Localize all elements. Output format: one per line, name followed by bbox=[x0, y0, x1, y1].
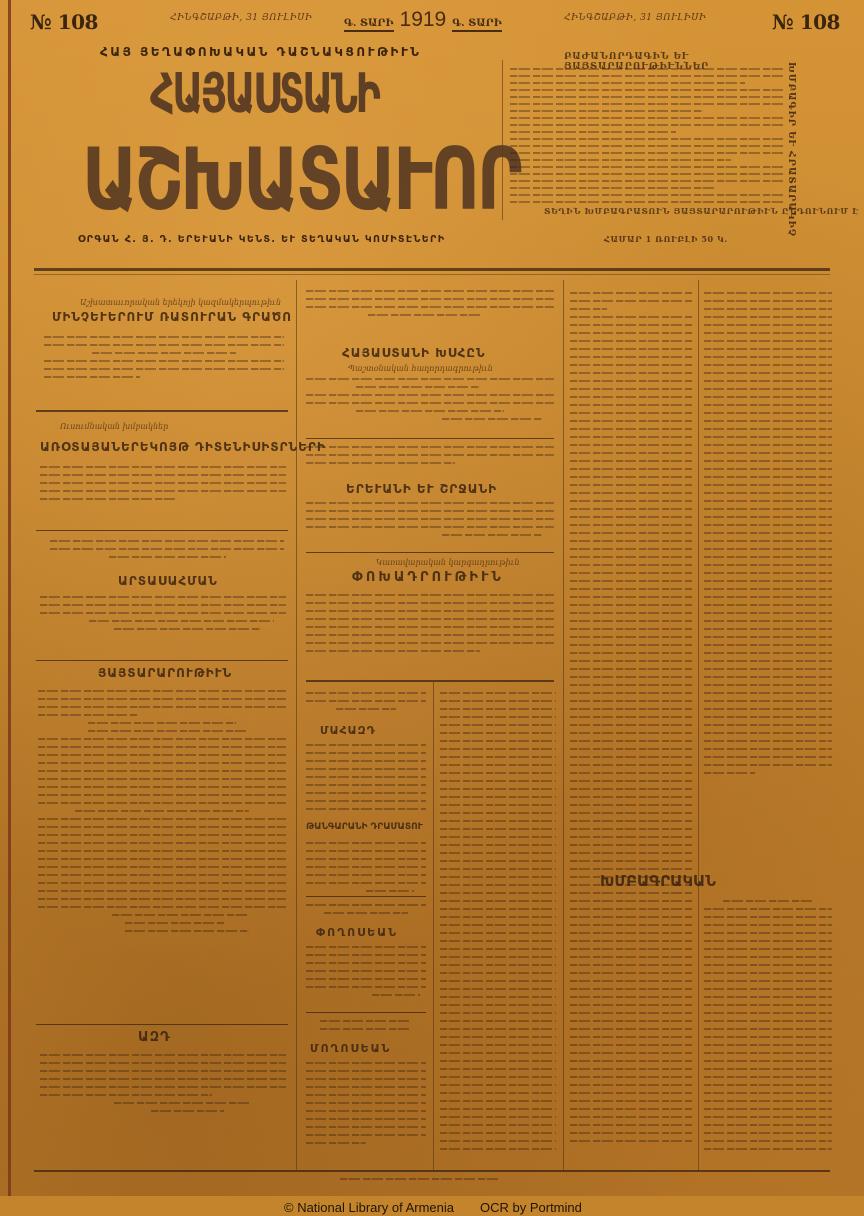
article-body bbox=[306, 946, 426, 1002]
article-body bbox=[306, 378, 554, 426]
article-body bbox=[38, 690, 286, 938]
article-body bbox=[704, 900, 832, 1156]
article-body bbox=[40, 466, 286, 506]
dateline-row: № 108 ՀԻՆԳՇԱԲԹԻ, 31 ՅՈՒԼԻՍԻ Գ. ՏԱՐԻ 1919… bbox=[0, 6, 864, 40]
article-kicker: Աշխատաւորական երեկոյի կազմակերպութիւն bbox=[80, 298, 281, 307]
article-rule bbox=[306, 552, 554, 553]
article-body bbox=[306, 904, 426, 920]
article-heading: ՄՈՂՈՍԵԱՆ bbox=[310, 1042, 391, 1055]
column-divider-1 bbox=[296, 280, 297, 1170]
year-block: Գ. ՏԱՐԻ 1919 Գ. ՏԱՐԻ bbox=[344, 8, 502, 32]
binding-edge bbox=[8, 0, 11, 1216]
article-rule bbox=[36, 530, 288, 531]
article-body bbox=[40, 596, 286, 636]
article-heading: ՓՈՂՈՍԵԱՆ bbox=[316, 926, 398, 939]
column-divider-3 bbox=[698, 280, 699, 1170]
printer-line bbox=[340, 1178, 500, 1186]
article-rule bbox=[306, 438, 554, 439]
article-heading: ՀԱՅԱՍՏԱՆԻ ԽՍՀԸՆ bbox=[342, 346, 486, 360]
article-heading: ՅԱՅՏԱՐԱՐՈՒԹԻՒՆ bbox=[98, 666, 232, 680]
column-divider-mid bbox=[433, 682, 434, 1170]
article-rule bbox=[306, 680, 554, 682]
year: 1919 bbox=[400, 8, 447, 32]
article-heading: ԹԱՆԳԱՐԱՆԻ ԴՐԱՄԱՏՈՒ bbox=[306, 822, 423, 832]
date-right: ՀԻՆԳՇԱԲԹԻ, 31 ՅՈՒԼԻՍԻ bbox=[564, 13, 706, 23]
issue-number-left: № 108 bbox=[30, 10, 98, 34]
article-body bbox=[440, 692, 556, 1156]
article-body bbox=[306, 594, 554, 658]
subscription-text bbox=[510, 68, 786, 208]
article-body bbox=[306, 692, 426, 716]
article-rule bbox=[36, 1024, 288, 1025]
subscription-box: ԲԱԺԱՆՈՐԴԱԳԻՆ ԵՒ ՅԱՅՏԱՐԱՐՈՒԹԻՒՆՆԵՐ bbox=[504, 50, 834, 250]
article-body bbox=[570, 292, 692, 1148]
article-body bbox=[320, 1020, 410, 1036]
subscription-footer: ՏԵՂԻՆ ԽՄԲԱԳՐԱՏՈՒՆ ՅԱՅՏԱՐԱՐՈՒԹԻՒՆ ԸՆԴՈՒՆՈ… bbox=[544, 206, 859, 216]
column-divider-2 bbox=[563, 280, 564, 1170]
article-body bbox=[704, 292, 832, 780]
article-body bbox=[50, 540, 284, 564]
article-body bbox=[40, 1054, 286, 1118]
article-body bbox=[306, 446, 554, 470]
article-heading: ՄԱՀԱԶԴ bbox=[320, 724, 376, 737]
masthead-title-line2: ԱՇԽԱՏԱՒՈՐ bbox=[82, 130, 519, 230]
masthead-title-line1: ՀԱՅԱՍՏԱՆԻ bbox=[150, 62, 378, 125]
article-body bbox=[44, 336, 284, 384]
organ-line: ՕՐԳԱՆ Հ. Յ. Դ. ԵՐԵՒԱՆԻ ԿԵՆՏ. ԵՒ ՏԵՂԱԿԱՆ … bbox=[78, 234, 445, 245]
article-rule bbox=[36, 410, 288, 412]
year-label-left: Գ. ՏԱՐԻ bbox=[344, 18, 394, 32]
article-kicker: Ուսումնական խմբակներ bbox=[60, 422, 168, 431]
issue-number-right: № 108 bbox=[772, 10, 840, 34]
article-body bbox=[306, 744, 426, 816]
article-kicker: Կառավարական կարգադրութիւն bbox=[376, 558, 520, 567]
date-left: ՀԻՆԳՇԱԲԹԻ, 31 ՅՈՒԼԻՍԻ bbox=[170, 13, 312, 23]
article-body bbox=[306, 502, 554, 542]
article-rule bbox=[306, 1012, 426, 1013]
subscription-footer-2: ՀԱՄԱՐ 1 ՌՈՒԲԼԻ 50 Կ. bbox=[604, 234, 728, 244]
masthead-rule bbox=[34, 268, 830, 271]
article-body bbox=[306, 290, 554, 322]
article-heading: ԱՐՏԱՍԱՀՄԱՆ bbox=[118, 574, 218, 588]
article-heading: ՓՈԽԱԴՐՈՒԹԻՒՆ bbox=[352, 570, 504, 585]
ocr-credit: OCR by Portmind bbox=[480, 1200, 582, 1216]
article-heading: ԱՌՕՏԱՅԱՆԵՐԵԿՈՅԹ ԴԻՏԵՆԻՍԻՏՐՆԵՐԻ bbox=[40, 440, 326, 454]
article-heading: ԽՄԲԱԳՐԱԿԱՆ bbox=[600, 872, 716, 890]
party-line: ՀԱՅ ՅԵՂԱՓՈԽԱԿԱՆ ԴԱՇՆԱԿՑՈՒԹԻՒՆ bbox=[100, 45, 421, 59]
article-rule bbox=[306, 896, 426, 897]
header-divider bbox=[502, 60, 503, 220]
article-body bbox=[306, 1062, 426, 1150]
year-label-right: Գ. ՏԱՐԻ bbox=[452, 18, 502, 32]
bottom-rule bbox=[34, 1170, 830, 1172]
article-kicker: Պաշտօնական հաղորդագրութիւն bbox=[348, 364, 493, 373]
article-heading: ՄԻՆՉԵՒԵՐՈՒՄ ՌԱՏՈՒՐԱՆ ԳՐԱԾՈ bbox=[52, 310, 292, 324]
masthead-rule-thin bbox=[34, 274, 830, 275]
copyright-credit: © National Library of Armenia bbox=[284, 1200, 454, 1216]
article-heading: ԱԶԴ bbox=[138, 1030, 171, 1045]
article-body bbox=[306, 842, 426, 898]
article-heading: ԵՐԵՒԱՆԻ ԵՒ ՇՐՋԱՆԻ bbox=[346, 482, 497, 496]
article-rule bbox=[36, 660, 288, 661]
